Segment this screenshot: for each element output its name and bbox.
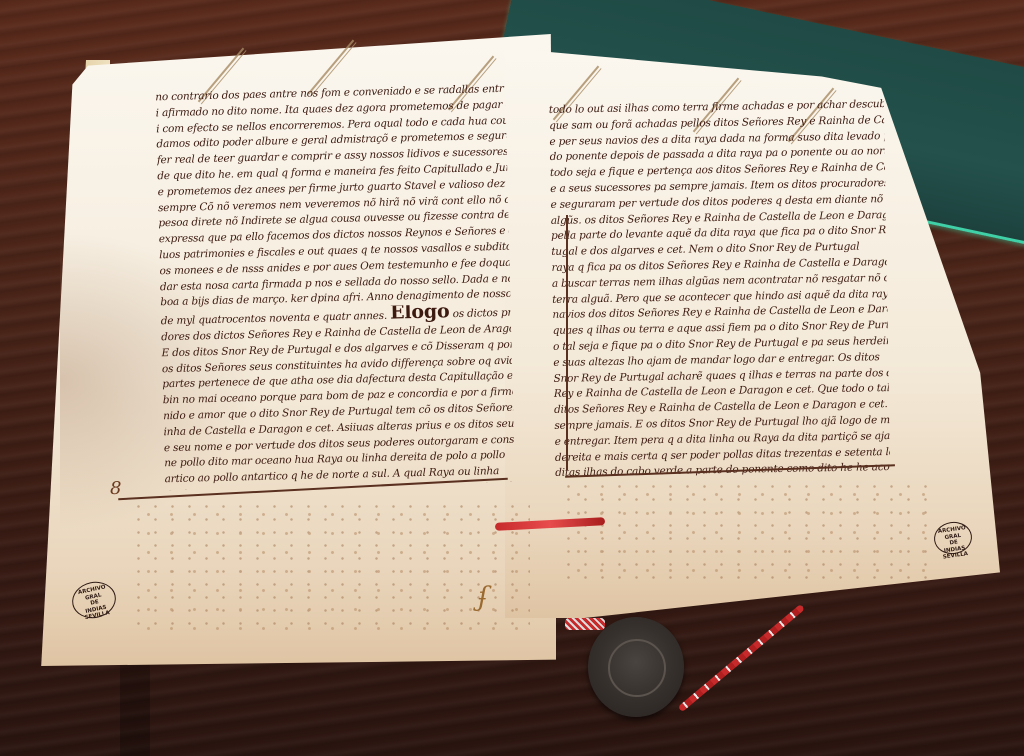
left-rubric-mark: 8 — [110, 478, 121, 499]
left-page-text: no contrario dos paes antre nos fom e co… — [155, 82, 515, 490]
foxing-spots-left — [130, 500, 530, 630]
seal-cord-tail — [678, 604, 805, 712]
signature-flourish: ʄ — [478, 582, 488, 612]
highlighted-word: Elogo — [390, 303, 450, 324]
seal-cord-knot — [565, 618, 605, 630]
right-page-text: todo lo out asi ilhas como terra firme a… — [549, 97, 890, 478]
right-margin-bracket — [566, 215, 568, 470]
seal-emblem — [608, 639, 666, 697]
foxing-spots-right — [560, 480, 940, 580]
wax-seal — [588, 617, 684, 717]
